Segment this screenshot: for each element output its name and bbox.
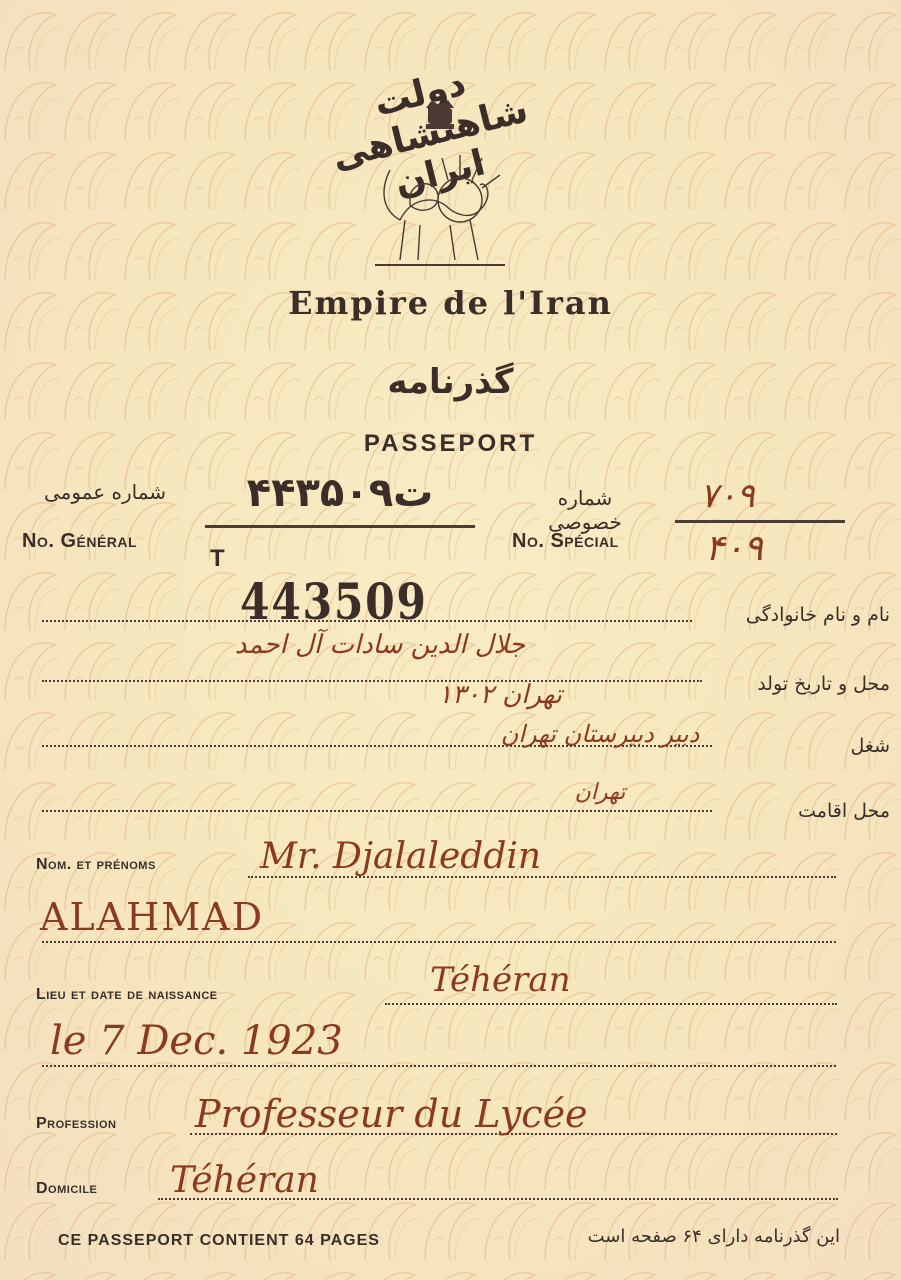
pages-note-fr: CE PASSEPORT CONTIENT 64 PAGES <box>58 1232 380 1250</box>
passport-label: PASSEPORT <box>0 430 901 458</box>
profession-value: Professeur du Lycée <box>195 1092 588 1136</box>
name-value-1: Mr. Djalaleddin <box>260 836 541 877</box>
general-number-fa: ت۴۴۳۵۰۹ <box>205 470 475 516</box>
fa-name-line <box>42 620 692 622</box>
general-number-label: No. Général <box>22 530 137 553</box>
general-number-rule <box>205 525 475 528</box>
series-letter: T <box>210 545 225 573</box>
crown-icon <box>426 100 454 129</box>
domicile-value: Téhéran <box>170 1160 319 1201</box>
name-value-2: ALAHMAD <box>40 895 264 939</box>
fa-name-label: نام و نام خانوادگی <box>690 604 890 626</box>
fa-occupation-label: شغل <box>705 735 890 757</box>
special-number-top: ۷۰۹ <box>700 476 755 516</box>
fa-occupation-value: دبیر دبیرستان تهران <box>480 720 720 748</box>
profession-label: Profession <box>36 1115 116 1133</box>
pages-note-fa: این گذرنامه دارای ۶۴ صفحه است <box>560 1226 840 1247</box>
empire-title: Empire de l'Iran <box>0 284 901 322</box>
persian-passport-title: گذرنامه <box>0 362 901 402</box>
fa-birth-value: تهران ۱۳۰۲ <box>300 680 700 710</box>
fa-residence-label: محل اقامت <box>705 800 890 822</box>
general-number: 443509 <box>240 572 428 631</box>
domicile-label: Domicile <box>36 1180 97 1198</box>
fa-name-value: جلال الدین سادات آل احمد <box>60 630 700 660</box>
fa-residence-value: تهران <box>520 780 680 805</box>
birth-date-value: le 7 Dec. 1923 <box>50 1018 343 1064</box>
fa-residence-line <box>42 810 712 812</box>
special-number-bottom: ۴۰۹ <box>705 528 763 569</box>
birth-label: Lieu et date de naissance <box>36 986 218 1004</box>
name-label: Nom. et prénoms <box>36 856 156 874</box>
special-number-label: No. Spécial <box>512 530 619 553</box>
lion-and-sun-emblem <box>360 100 520 275</box>
birth-place-value: Téhéran <box>430 960 571 1000</box>
special-number-label-fa: شماره خصوصی <box>520 486 650 534</box>
fa-birth-label: محل و تاریخ تولد <box>705 673 890 695</box>
name-line-2 <box>42 941 836 943</box>
passport-page: دولت شاهنشاهی ایران Empire de l'Iran گذر… <box>0 0 901 1280</box>
general-number-label-fa: شماره عمومی <box>30 480 180 504</box>
special-number-rule <box>675 520 845 523</box>
birth-line-2 <box>42 1065 836 1067</box>
birth-line-1 <box>385 1003 837 1005</box>
